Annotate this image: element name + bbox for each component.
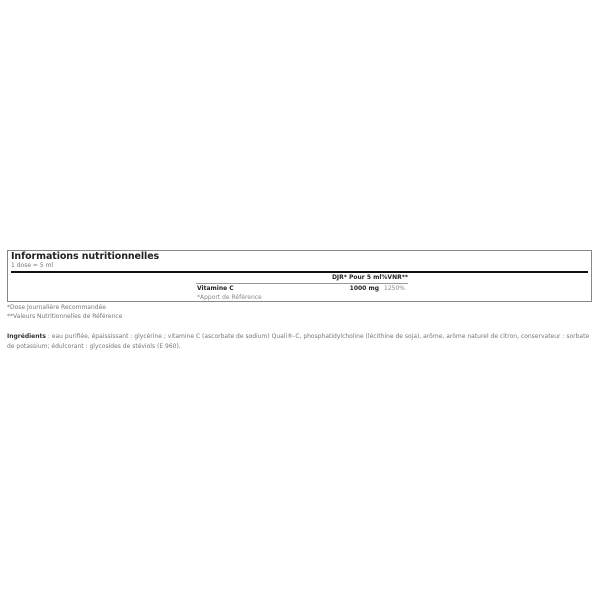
reference-note: *Apport de Référence — [197, 294, 262, 301]
nutrition-facts-table: Informations nutritionnelles 1 dose = 5 … — [7, 250, 592, 302]
ingredients-paragraph: Ingrédients : eau purifiée, épaississant… — [7, 332, 597, 352]
ingredients-text: : eau purifiée, épaississant : glycérine… — [7, 333, 589, 350]
table-header: DJR* Pour 5 ml%VNR** — [332, 274, 408, 281]
thick-divider — [11, 271, 588, 273]
footnote-djr: *Dose Journalière Recommandée — [7, 304, 106, 311]
ingredients-label: Ingrédients — [7, 333, 46, 340]
nutrient-amount: 1000 mg — [339, 285, 379, 292]
nutrient-name: Vitamine C — [197, 285, 234, 292]
nutrition-title: Informations nutritionnelles — [11, 251, 159, 262]
nutrient-percent: 1250% — [384, 285, 405, 292]
footnote-vnr: **Valeurs Nutritionnelles de Référence — [7, 313, 122, 320]
serving-size: 1 dose = 5 ml — [11, 262, 53, 269]
table-header-row: DJR* Pour 5 ml%VNR** — [196, 274, 408, 284]
